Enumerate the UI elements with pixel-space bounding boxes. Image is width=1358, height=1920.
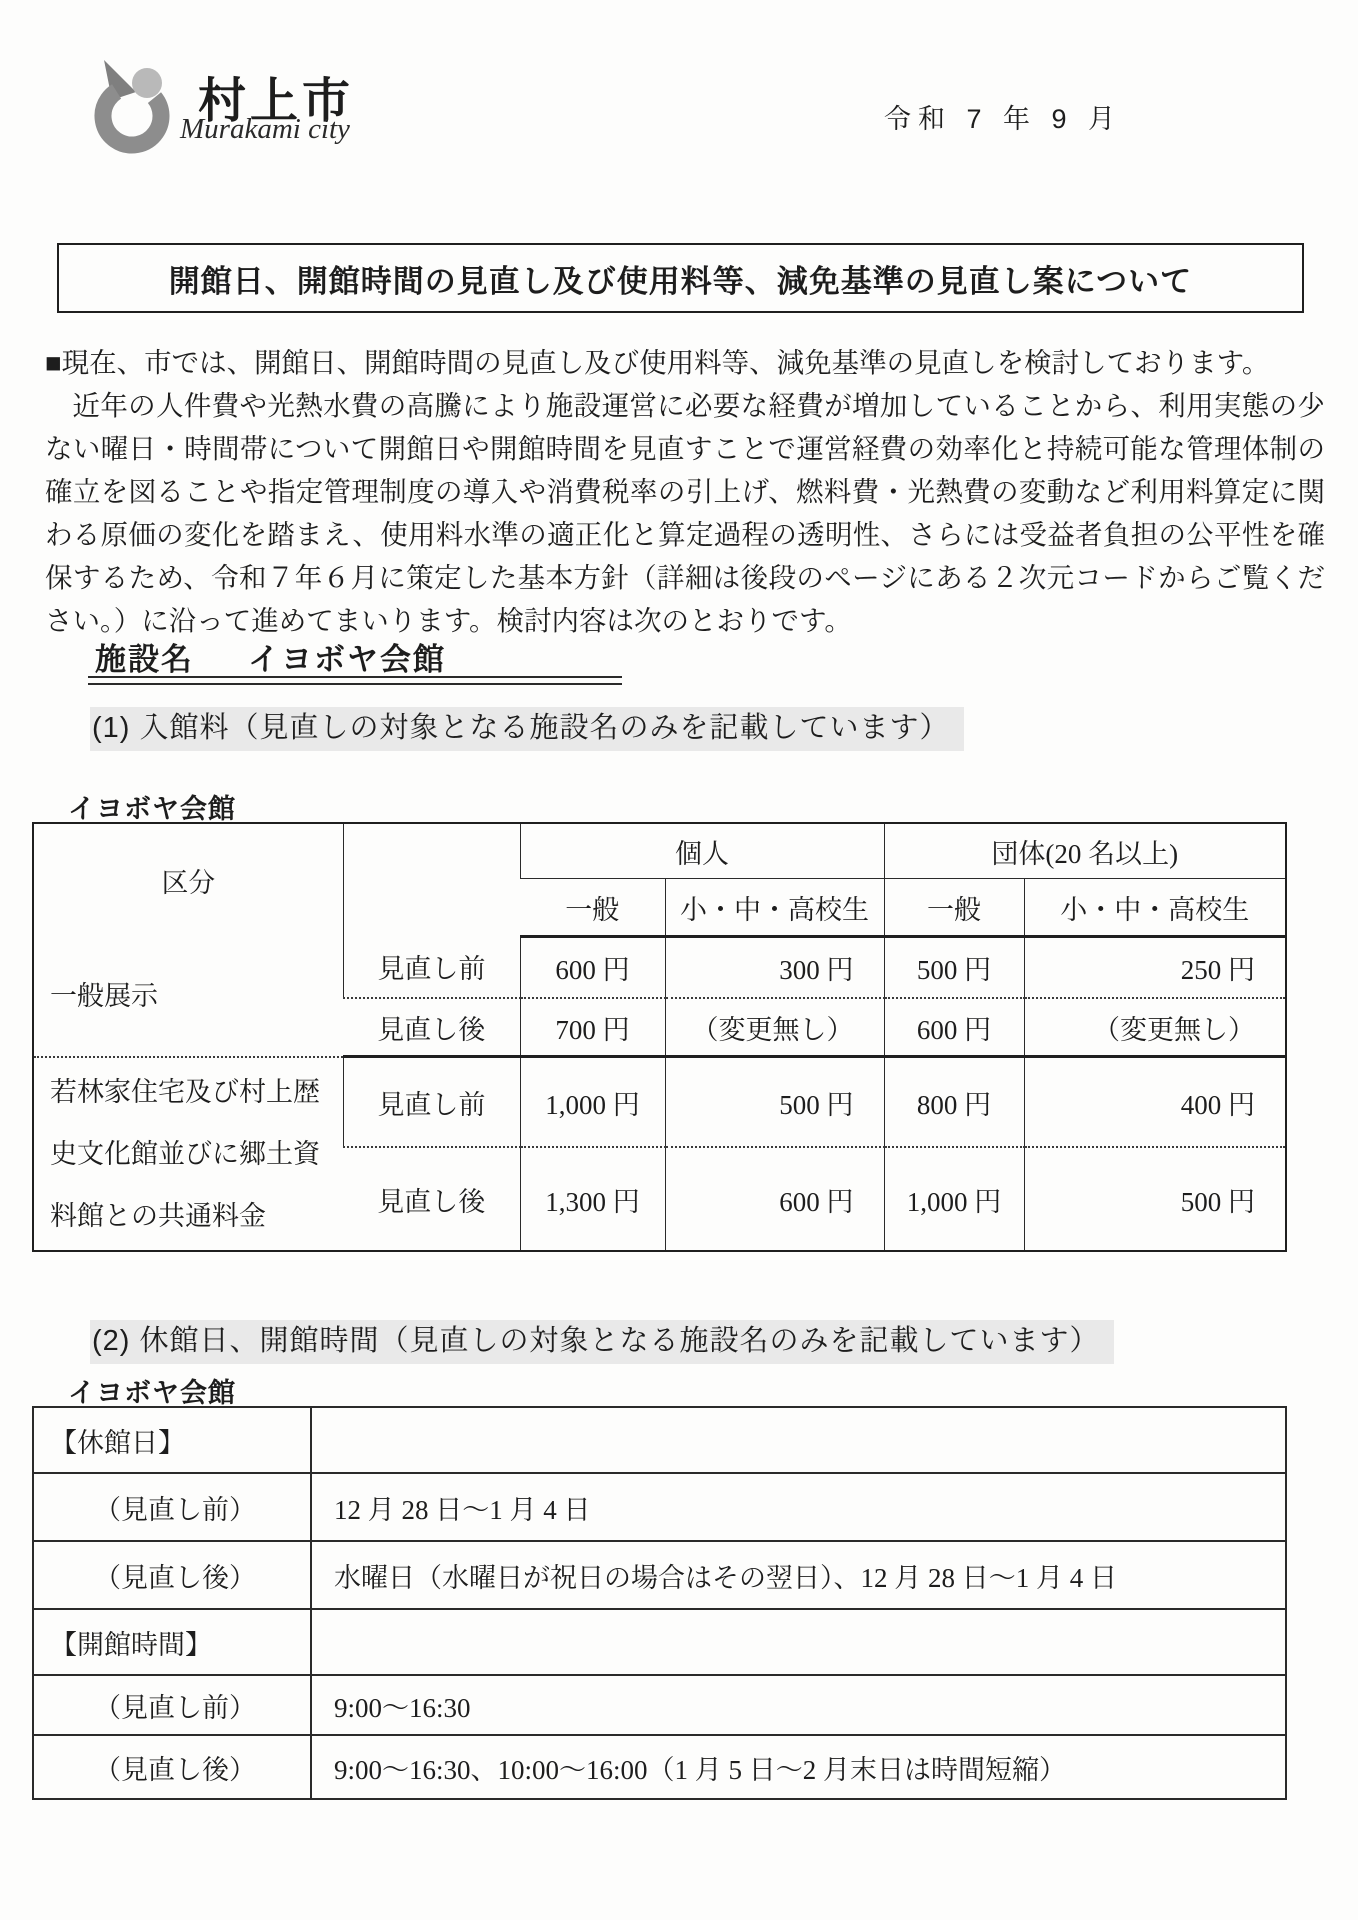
schedule-row-value: [311, 1407, 1286, 1473]
table-row: （見直し後） 9:00～16:30、10:00～16:00（1 月 5 日～2 …: [33, 1735, 1286, 1799]
fee-header-group: 団体(20 名以上): [884, 823, 1286, 879]
table-row: （見直し後） 水曜日（水曜日が祝日の場合はその翌日）、12 月 28 日～1 月…: [33, 1541, 1286, 1609]
fee-header-kubun: 区分: [33, 823, 343, 937]
schedule-row-value: [311, 1609, 1286, 1675]
schedule-table-label: イヨボヤ会館: [68, 1371, 236, 1410]
fee-table-label: イヨボヤ会館: [68, 787, 236, 826]
table-row: 【開館時間】: [33, 1609, 1286, 1675]
document-page: 村上市 Murakami city 令和 7 年 9 月 開館日、開館時間の見直…: [0, 0, 1358, 1920]
phase-label: 見直し前: [343, 937, 520, 999]
schedule-row-label: （見直し後）: [33, 1541, 311, 1609]
table-row: （見直し前） 9:00～16:30: [33, 1675, 1286, 1735]
fee-table-header-row-1: 区分 個人 団体(20 名以上): [33, 823, 1286, 879]
facility-heading: 施設名イヨボヤ会館: [95, 634, 446, 679]
schedule-row-label: 【開館時間】: [33, 1609, 311, 1675]
fee-value: （変更無し）: [665, 998, 884, 1057]
fee-value: 500 円: [665, 1057, 884, 1148]
fee-value: 250 円: [1024, 937, 1286, 999]
phase-label: 見直し前: [343, 1057, 520, 1148]
fee-value: 600 円: [884, 998, 1024, 1057]
schedule-row-label: （見直し前）: [33, 1473, 311, 1541]
fee-value: 1,000 円: [520, 1057, 665, 1148]
fee-value: 600 円: [665, 1147, 884, 1251]
fee-value: 400 円: [1024, 1057, 1286, 1148]
phase-label: 見直し後: [343, 998, 520, 1057]
section2-heading-text: (2) 休館日、開館時間（見直しの対象となる施設名のみを記載しています）: [90, 1320, 1114, 1364]
fee-value: 800 円: [884, 1057, 1024, 1148]
schedule-row-value: 9:00～16:30: [311, 1675, 1286, 1735]
phase-label: 見直し後: [343, 1147, 520, 1251]
city-name-english: Murakami city: [180, 113, 350, 146]
intro-text: ■現在、市では、開館日、開館時間の見直し及び使用料等、減免基準の見直しを検討して…: [45, 341, 1325, 642]
fee-subheader-students-1: 小・中・高校生: [665, 879, 884, 937]
facility-heading-label: 施設名: [95, 642, 194, 677]
schedule-row-label: （見直し前）: [33, 1675, 311, 1735]
fee-value: 1,000 円: [884, 1147, 1024, 1251]
fee-subheader-students-2: 小・中・高校生: [1024, 879, 1286, 937]
fee-header-individual: 個人: [520, 823, 884, 879]
intro-paragraph-2: 近年の人件費や光熱水費の高騰により施設運営に必要な経費が増加していることから、利…: [45, 384, 1325, 642]
fee-header-blank: [343, 823, 520, 937]
murakami-city-logo-icon: [80, 58, 184, 159]
schedule-row-label: 【休館日】: [33, 1407, 311, 1473]
fee-category-general-exhibit: 一般展示: [33, 937, 343, 1057]
table-row: 一般展示 見直し前 600 円 300 円 500 円 250 円: [33, 937, 1286, 999]
table-row: 【休館日】: [33, 1407, 1286, 1473]
section1-heading-text: (1) 入館料（見直しの対象となる施設名のみを記載しています）: [90, 707, 964, 751]
section1-heading: (1) 入館料（見直しの対象となる施設名のみを記載しています）: [90, 705, 964, 746]
fee-value: （変更無し）: [1024, 998, 1286, 1057]
document-title: 開館日、開館時間の見直し及び使用料等、減免基準の見直し案について: [169, 256, 1192, 301]
fee-value: 700 円: [520, 998, 665, 1057]
intro-paragraph-1: ■現在、市では、開館日、開館時間の見直し及び使用料等、減免基準の見直しを検討して…: [45, 341, 1325, 384]
table-row: 若林家住宅及び村上歴史文化館並びに郷土資料館との共通料金 見直し前 1,000 …: [33, 1057, 1286, 1148]
facility-heading-double-underline: [88, 676, 622, 685]
fee-value: 300 円: [665, 937, 884, 999]
facility-heading-name: イヨボヤ会館: [248, 642, 446, 677]
section2-heading: (2) 休館日、開館時間（見直しの対象となる施設名のみを記載しています）: [90, 1318, 1114, 1359]
document-title-box: 開館日、開館時間の見直し及び使用料等、減免基準の見直し案について: [57, 243, 1304, 313]
fee-subheader-general-2: 一般: [884, 879, 1024, 937]
fee-value: 600 円: [520, 937, 665, 999]
table-row: （見直し前） 12 月 28 日～1 月 4 日: [33, 1473, 1286, 1541]
schedule-row-value: 12 月 28 日～1 月 4 日: [311, 1473, 1286, 1541]
fee-value: 500 円: [1024, 1147, 1286, 1251]
fee-value: 1,300 円: [520, 1147, 665, 1251]
fee-value: 500 円: [884, 937, 1024, 999]
fee-category-combined-ticket: 若林家住宅及び村上歴史文化館並びに郷土資料館との共通料金: [33, 1057, 343, 1252]
admission-fee-table: 区分 個人 団体(20 名以上) 一般 小・中・高校生 一般 小・中・高校生 一…: [32, 822, 1287, 1252]
schedule-row-value: 水曜日（水曜日が祝日の場合はその翌日）、12 月 28 日～1 月 4 日: [311, 1541, 1286, 1609]
schedule-row-label: （見直し後）: [33, 1735, 311, 1799]
fee-subheader-general-1: 一般: [520, 879, 665, 937]
schedule-table: 【休館日】 （見直し前） 12 月 28 日～1 月 4 日 （見直し後） 水曜…: [32, 1406, 1287, 1800]
document-date: 令和 7 年 9 月: [884, 97, 1122, 136]
schedule-row-value: 9:00～16:30、10:00～16:00（1 月 5 日～2 月末日は時間短…: [311, 1735, 1286, 1799]
